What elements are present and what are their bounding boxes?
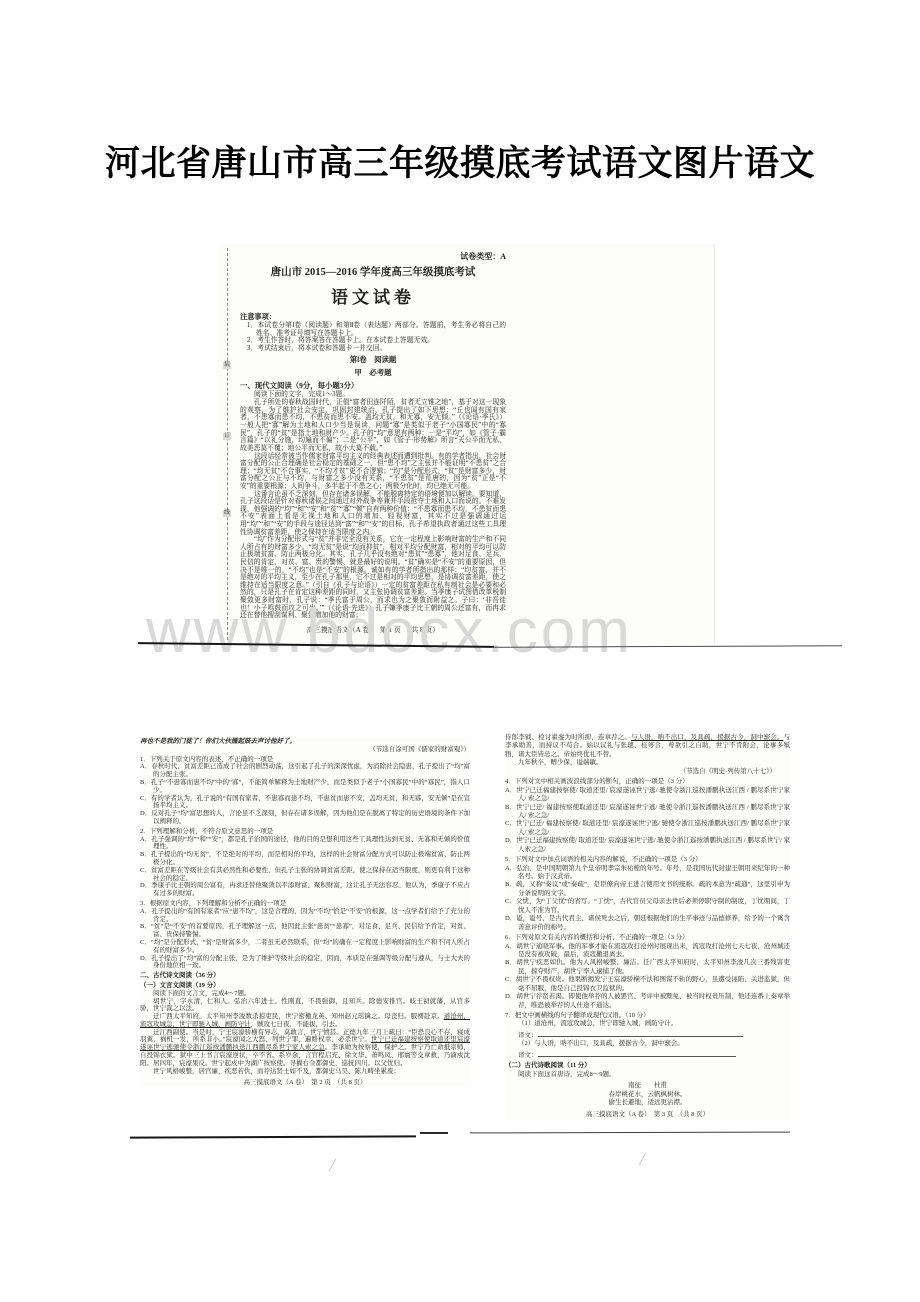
page3-footer: 高三摸底语文（A 卷） 第 3 页 （共 8 页） <box>505 1111 790 1119</box>
exam-scan-page-3: 侍郎李钺、检讨翟銮为时所抑，连章荐之。与人语，呐不出口，及具疏，援据古今，洞中窾… <box>505 734 790 1120</box>
exam-scan-page-2: 再也不是我的门徒了！你们大伙擂起鼓去声讨他好了。 （节选自涂可国《儒家的财富观》… <box>140 738 470 1087</box>
section-2-title: 二、古代诗文阅读（36 分） <box>140 972 470 980</box>
note-item: 2．考生作答时，将答案答在答题卡上。在本试卷上答题无效。 <box>240 337 506 345</box>
passage-text: 迁广西太平知府。太平知州李浚数杀掠吏民，世宁密檄龙英、知州赵元瑶擒之。母丧归。服… <box>153 1013 444 1020</box>
scan-edge-line <box>130 1135 416 1138</box>
page1-content: 试卷类型：A 唐山市 2015—2016 学年度高三年级摸底考试 语文试卷 注意… <box>240 251 506 635</box>
question-6-option-c: C．胡世宁不畏权贵。他果断揭发宁王宸濠骄横不法和图谋不轨的野心，虽遭受诬陷、关进… <box>505 976 790 993</box>
question-6-stem: 6．下列对原文有关内容的概括和分析，不正确的一项是（3 分） <box>505 934 790 942</box>
question-4-option-c: C．世宁已迁/ 福建按察使/ 取道还里/ 宸濠遂诬世宁逃/ 驰使令浙江巡按潘鹏执… <box>505 820 790 837</box>
classical-passage-p4: 世宁风格峻整，居官廉，疾恶若仇，而荐达贤士如不及，都御史马昊、陈九畴坐累废； <box>140 1068 470 1076</box>
poetry-section-title: （二）古代诗歌阅读（11 分） <box>505 1062 790 1070</box>
passage-intro: 阅读下面的文言文，完成4～7题。 <box>140 990 470 998</box>
answer-blank-line <box>538 1049 736 1057</box>
classical-passage-p1: 胡世宁，字永清，仁和人。弘治六年进士。性刚直，不畏强御，且知兵。除德安推官。岐王… <box>140 998 470 1014</box>
question-2-stem: 2．下列理解和分析，不符合原文意思的一项是 <box>140 828 470 836</box>
question-1-option-d: D．反对孔子“均”富思想的人，言论虽不乏深刻，但存在诸多误解，因为他们是在脱离了… <box>140 810 470 826</box>
question-2-option-c: C．贫富差距在等级社会有其必然性和必要性，但孔子主张的协调贫富差距，使之保持在适… <box>140 867 470 883</box>
section-2-1-title: （一）文言文阅读（19 分） <box>140 982 470 990</box>
exam-header: 唐山市 2015—2016 学年度高三年级摸底考试 <box>240 264 506 279</box>
binding-char: 装 <box>223 362 231 369</box>
scan-artifact <box>639 1153 646 1166</box>
answer-blank-line <box>538 1029 743 1037</box>
essay-paragraph: 这番言论虽不乏深刻，但存在诸多误解，不能脱离特定的语境便加以解读。要知道，孔子这… <box>240 491 506 537</box>
question-1-option-b: B．孔子“不患寡而患不均”中的“寡”，不能简单解释为土地财产少，而是类似于老子“… <box>140 779 470 795</box>
binding-char: 线 <box>223 510 231 517</box>
paper-type-label: 试卷类型：A <box>240 251 506 262</box>
translation-item-2: （2）与人语，呐不出口，及具疏，援据古今，洞中窾会。 <box>505 1040 790 1048</box>
binding-char: 订 <box>223 433 231 440</box>
opening-line: 再也不是我的门徒了！你们大伙擂起鼓去声讨他好了。 <box>140 738 470 746</box>
page2-footer: 高三摸底语文（A 卷） 第 2 页 （共 8 页） <box>140 1079 470 1087</box>
part-title: 第Ⅰ卷 阅读题 <box>240 354 506 365</box>
essay-paragraph: 孔子所处的春秋战国时代，正值“富者田连阡陌，贫者无立锥之地”，基于对这一现象的观… <box>240 399 506 452</box>
question-3-option-d: D．孔子提出了“均”富的分配主张，是为了维护等级社会的稳定，因而，本质是在强调等… <box>140 955 470 971</box>
question-5-stem: 5．下列对文中加点词语的相关内容的解说，不正确的一项是（3 分） <box>505 856 790 864</box>
question-2-option-a: A．孔子强调的“均”“和”“安”，都是孔子治国的途径，他的目的是想利用这些工具理… <box>140 836 470 852</box>
question-4-option-a: A．世宁已迁福建按察使/ 取道还里/ 宸濠遂诬世宁逃/ 驰使令浙江巡按潘鹏执送江… <box>505 787 790 804</box>
passage-text: 侍郎李钺、检讨翟銮为时所抑，连章荐之。 <box>505 734 631 741</box>
passage-ending: 九年秋卒，赠少保，谥端敏。 <box>505 759 790 767</box>
question-3-option-a: A．孔子提出的“有国有家者”应“患不均”，这是合理的，因为“不均”恰是“不安”的… <box>140 908 470 924</box>
question-5-option-b: B．疏，又称“奏议”或“奏疏”，是臣僚向帝王进言使用文书的统称。疏的本意为“疏通… <box>505 881 790 898</box>
poem-line: 偷生长避地，适远更沾襟。 <box>505 1099 790 1107</box>
question-1-option-c: C．有的学者认为，孔子说的“有国有家者，不患寡而患不均，不患贫而患不安，盖均无贫… <box>140 795 470 811</box>
scan-artifact <box>329 1159 336 1172</box>
scan-edge-line <box>470 1132 790 1134</box>
question-4-option-b: B．世宁已迁/ 福建按察使取道还里/ 宸濠遂诬世宁逃/ 驰使令浙江巡按潘鹏执送江… <box>505 804 790 821</box>
scan-edge-line <box>420 1132 448 1134</box>
translation-label: 译文： <box>518 1032 538 1039</box>
exam-scan-page-1: 装 订 线 试卷类型：A 唐山市 2015—2016 学年度高三年级摸底考试 语… <box>218 244 715 644</box>
note-item: 1．本试卷分第Ⅰ卷（阅读题）和第Ⅱ卷（表达题）两部分。答题前，考生务必将自己的姓… <box>240 322 506 337</box>
essay-source: （节选自涂可国《儒家的财富观》） <box>140 746 470 754</box>
section-title: 一、现代文阅读（9分，每小题3分） <box>240 380 506 391</box>
classical-passage-p3: 迁江西副使。当是时，宁王宸濠骄横有异志，莫敢言，世宁愤甚。正德九年三月上疏曰：“… <box>140 1029 470 1068</box>
translation-answer-1: 译文： <box>505 1029 790 1040</box>
passage-continuation: 侍郎李钺、检讨翟銮为时所抑，连章荐之。与人语，呐不出口，及具疏，援据古今，洞中窾… <box>505 734 790 759</box>
question-2-option-d: D．季康子比王朝的周公富有，冉求还替他聚敛以平添财富、聚积财富，这让孔子无法容忍… <box>140 882 470 898</box>
essay-paragraph: 这段话经常被当作儒家财富平均主义的经典表述而遭到批判。有的学者指出，社会财富分配… <box>240 453 506 491</box>
question-6-option-b: B．胡世宁疾恶如仇。他为人风格峻整、廉洁。任广西太平知府时，太平知州李浚几次三番… <box>505 959 790 976</box>
question-3-stem: 3．根据原文内容，下列理解和分析不正确的一项是 <box>140 900 470 908</box>
exam-title: 语文试卷 <box>240 283 506 308</box>
notes-title: 注意事项： <box>240 312 506 322</box>
poem-title: 南征 杜甫 <box>505 1082 790 1090</box>
question-6-option-d: D．胡世宁荐贤若渴。即使他举荐的人被罢官、考评中被黜免、被当时权贵压制，他还连番… <box>505 993 790 1010</box>
part-subtitle: 甲 必考题 <box>240 367 506 378</box>
page-title: 河北省唐山市高三年级摸底考试语文图片语文 <box>0 136 920 186</box>
passage-text: ，贼攻七日夜，不能拔，引去。 <box>251 1021 342 1028</box>
translation-item-1: （1）道沧州，流寇攻城急，世宁即驰入城，画防守计。 <box>505 1020 790 1028</box>
binding-line: 装 订 线 <box>227 248 228 640</box>
passage-source: （节选自《明史·列传第八十七》） <box>505 768 790 776</box>
poetry-intro: 阅读下面这首唐诗，完成8～9题。 <box>505 1071 790 1079</box>
question-3-option-c: C．“均”是分配形式，“贫”是财富多少，二者虽无必然联系，但“均”的确在一定程度… <box>140 939 470 955</box>
question-5-option-c: C．父忧，为“丁父忧”的省写。“丁忧”，古代官员父母亲去世后必须停职守制的制度，… <box>505 898 790 915</box>
translation-answer-2: 译文： <box>505 1049 790 1060</box>
question-1-option-a: A．春秋时代，贫富差距已造成了社会的剧烈动荡，这引起了孔子的深深忧虑，为消除社会… <box>140 763 470 779</box>
page: { "page": { "title": "河北省唐山市高三年级摸底考试语文图片… <box>0 0 920 1302</box>
classical-passage-p2: 迁广西太平知府。太平知州李浚数杀掠吏民，世宁密檄龙英、知州赵元瑶擒之。母丧归。服… <box>140 1013 470 1029</box>
question-2-option-b: B．孔子提出的“均无贫”，不是绝对的平均，而是相对的平均，这样的社会财富分配方式… <box>140 851 470 867</box>
translation-label: 译文： <box>518 1052 538 1059</box>
poem-line: 春岸桃花水，云帆枫树林。 <box>505 1091 790 1099</box>
underlined-passage-text: 与人语，呐不出口，及具疏，援据古今，洞中窾会。 <box>631 734 784 741</box>
question-3-option-b: B．“贫”是“不安”的首要原因，孔子理解这一点，他因此主张“患贫”“患寡”，对足… <box>140 923 470 939</box>
question-5-option-a: A．弘治，是中国明朝第九个皇帝明孝宗朱祐樘的年号。年号，是我国历代封建王朝用来纪… <box>505 865 790 882</box>
question-5-option-d: D．谥，谥号，是古代君主、诸侯死去之后，朝廷根据他们的生平事迹与品德修养，给予的… <box>505 915 790 932</box>
watermark-text: www.bdocx.com <box>146 596 786 667</box>
question-6-option-a: A．胡世宁通晓军事。他的军事才能在流寇攻打沧州时展现出来，流寇攻打沧州七天七夜，… <box>505 943 790 960</box>
question-4-option-d: D．世宁已迁福建按察使/ 取道还里/ 宸濠遂诬世宁逃/ 驰使令浙江巡按潘鹏执送江… <box>505 837 790 854</box>
question-4-stem: 4．下列对文中相关画波浪线部分的断句，正确的一项是（3 分） <box>505 778 790 786</box>
note-item: 3．考试结束后，将本试卷和答题卡一并交回。 <box>240 345 506 353</box>
